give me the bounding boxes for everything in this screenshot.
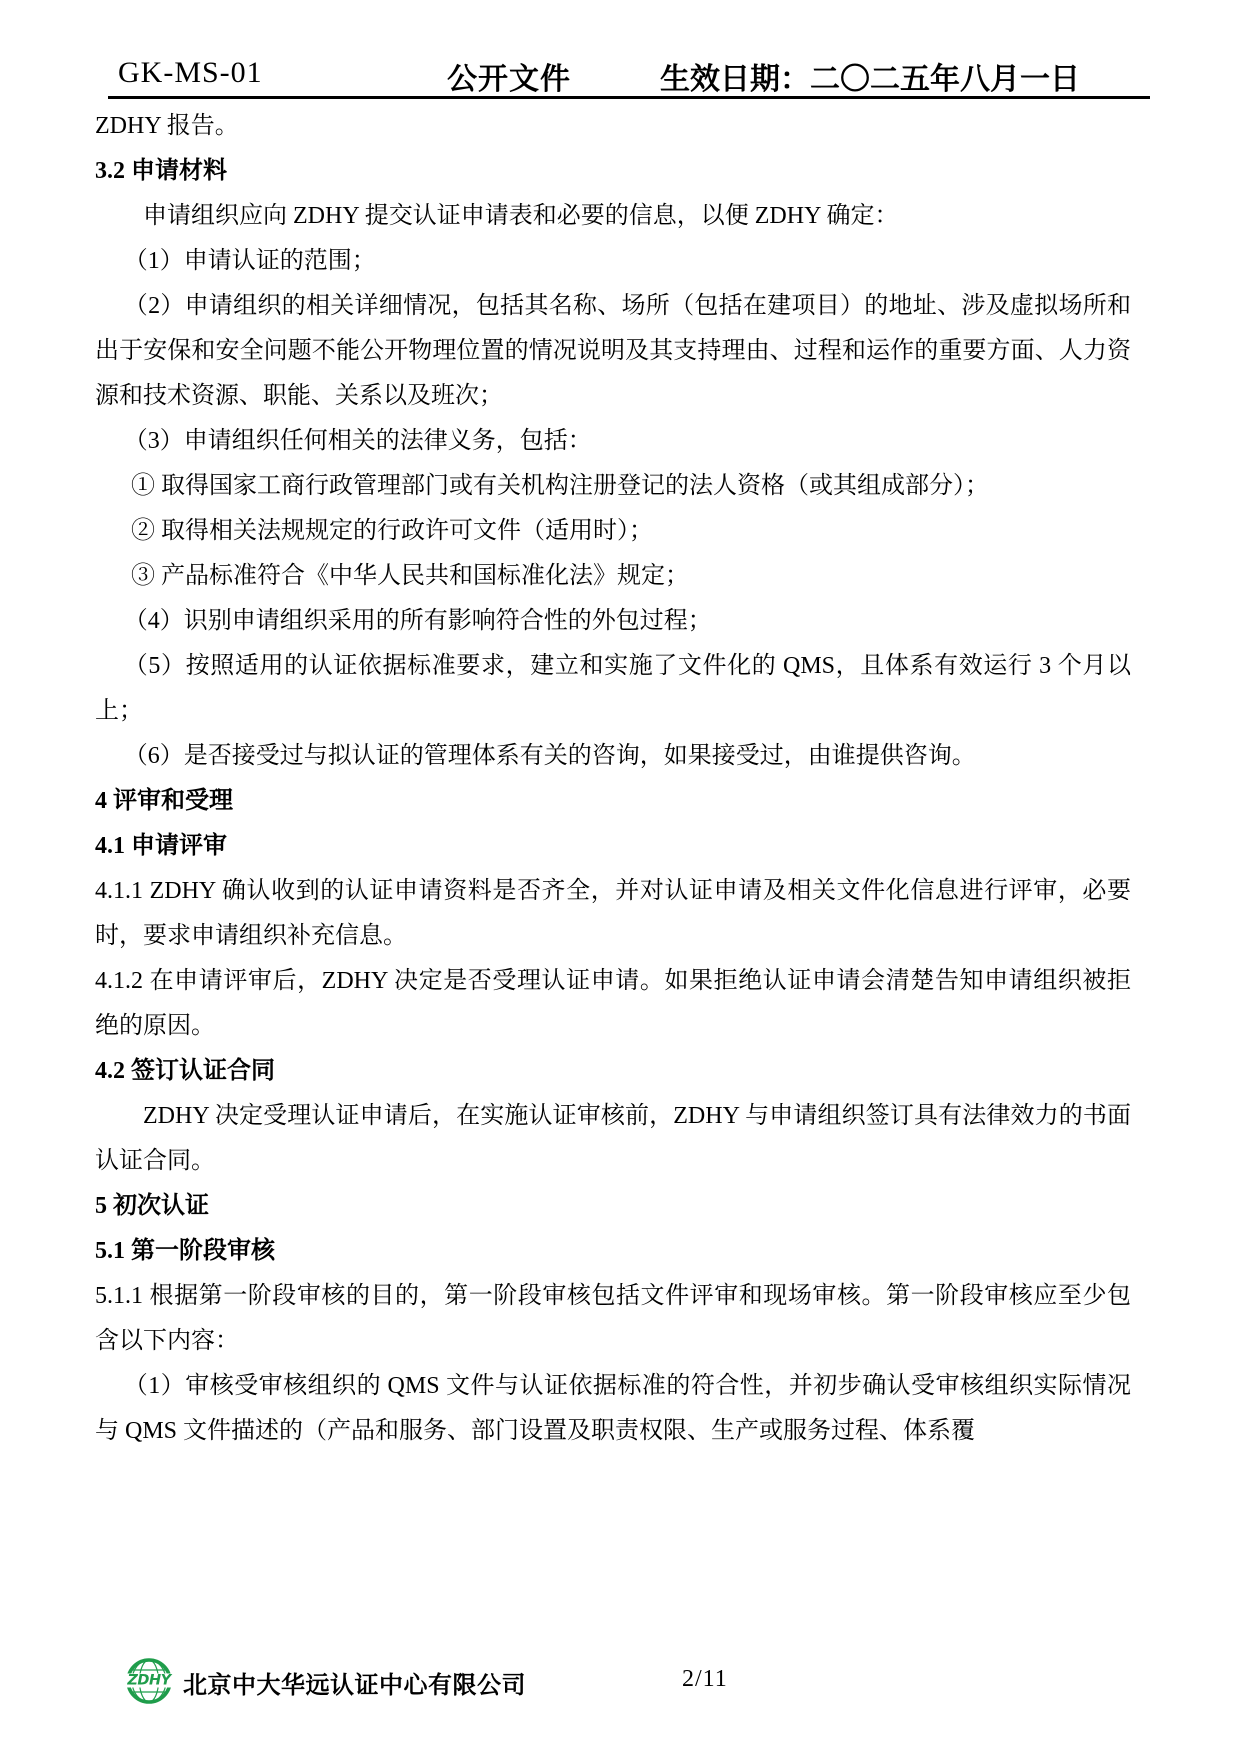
paragraph: 4.1.1 ZDHY 确认收到的认证申请资料是否齐全，并对认证申请及相关文件化信… (95, 869, 1131, 959)
doc-code: GK-MS-01 (118, 56, 263, 90)
page-number: 2/11 (682, 1666, 728, 1693)
paragraph: （4）识别申请组织采用的所有影响符合性的外包过程； (95, 599, 1131, 644)
paragraph: 申请组织应向 ZDHY 提交认证申请表和必要的信息，以便 ZDHY 确定： (95, 194, 1131, 239)
section-heading: 4.1 申请评审 (95, 824, 1131, 869)
paragraph: （5）按照适用的认证依据标准要求，建立和实施了文件化的 QMS，且体系有效运行 … (95, 644, 1131, 734)
paragraph: （6）是否接受过与拟认证的管理体系有关的咨询，如果接受过，由谁提供咨询。 (95, 734, 1131, 779)
paragraph: 4.1.2 在申请评审后，ZDHY 决定是否受理认证申请。如果拒绝认证申请会清楚… (95, 959, 1131, 1049)
section-heading: 5.1 第一阶段审核 (95, 1229, 1131, 1274)
paragraph: ③ 产品标准符合《中华人民共和国标准化法》规定； (95, 554, 1131, 599)
section-heading: 4 评审和受理 (95, 779, 1131, 824)
document-page: GK-MS-01 公开文件 生效日期：二〇二五年八月一日 ZDHY 报告。3.2… (0, 0, 1240, 1754)
header-rule (108, 96, 1150, 99)
paragraph: ZDHY 决定受理认证申请后，在实施认证审核前，ZDHY 与申请组织签订具有法律… (95, 1094, 1131, 1184)
document-body: ZDHY 报告。3.2 申请材料申请组织应向 ZDHY 提交认证申请表和必要的信… (95, 104, 1131, 1454)
effective-date: 生效日期：二〇二五年八月一日 (660, 54, 1080, 98)
paragraph: ② 取得相关法规规定的行政许可文件（适用时）； (95, 509, 1131, 554)
doc-classification: 公开文件 (447, 54, 571, 98)
paragraph: 5.1.1 根据第一阶段审核的目的，第一阶段审核包括文件评审和现场审核。第一阶段… (95, 1274, 1131, 1364)
zdhy-globe-logo-icon: ZDHY (125, 1657, 173, 1705)
section-heading: 4.2 签订认证合同 (95, 1049, 1131, 1094)
paragraph: （3）申请组织任何相关的法律义务，包括： (95, 419, 1131, 464)
paragraph: ① 取得国家工商行政管理部门或有关机构注册登记的法人资格（或其组成部分）； (95, 464, 1131, 509)
paragraph: （1）审核受审核组织的 QMS 文件与认证依据标准的符合性，并初步确认受审核组织… (95, 1364, 1131, 1454)
company-name: 北京中大华远认证中心有限公司 (183, 1665, 526, 1700)
page-footer: ZDHY 北京中大华远认证中心有限公司 2/11 (0, 1655, 1240, 1711)
paragraph: （1）申请认证的范围； (95, 239, 1131, 284)
logo-text: ZDHY (126, 1673, 172, 1689)
section-heading: 5 初次认证 (95, 1184, 1131, 1229)
paragraph: （2）申请组织的相关详细情况，包括其名称、场所（包括在建项目）的地址、涉及虚拟场… (95, 284, 1131, 419)
section-heading: 3.2 申请材料 (95, 149, 1131, 194)
paragraph: ZDHY 报告。 (95, 104, 1131, 149)
